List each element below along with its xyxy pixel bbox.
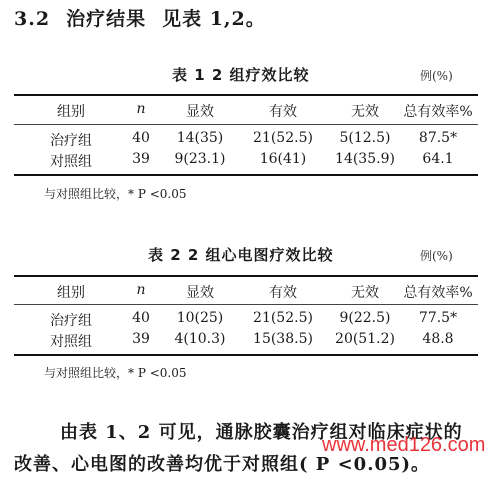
table-2-row-2-n: 39 xyxy=(126,331,156,347)
table-2-row-2-ineffective: 20(51.2) xyxy=(320,331,410,347)
table-2-row-1-effective: 21(52.5) xyxy=(238,310,328,326)
table-1-header-marked: 显效 xyxy=(160,101,240,121)
section-heading: 3.2治疗结果见表 1,2。 xyxy=(14,4,266,31)
table-1-row-1-effective: 21(52.5) xyxy=(238,130,328,146)
table-2-bottom-rule xyxy=(14,354,478,356)
table-1-header-effective: 有效 xyxy=(238,101,328,121)
table-1-bottom-rule xyxy=(14,174,478,176)
table-1-header-ineffective: 无效 xyxy=(320,101,410,121)
table-1-row-1-ineffective: 5(12.5) xyxy=(320,130,410,146)
table-2-row-1-total-rate: 77.5* xyxy=(398,310,478,326)
table-2-top-rule xyxy=(14,275,478,277)
table-1-row-2-total-rate: 64.1 xyxy=(398,151,478,167)
table-1-row-2-group: 对照组 xyxy=(36,151,106,171)
table-1-row-2-effective: 16(41) xyxy=(238,151,328,167)
table-2-row-1-group: 治疗组 xyxy=(36,310,106,330)
table-1-row-2-marked: 9(23.1) xyxy=(160,151,240,167)
table-1-row-1-n: 40 xyxy=(126,130,156,146)
conclusion-line-2: 改善、心电图的改善均优于对照组( P <0.05)。 xyxy=(14,450,430,476)
table-2-row-2-group: 对照组 xyxy=(36,331,106,351)
table-2-note: 与对照组比较，* P <0.05 xyxy=(44,364,186,381)
table-1-row-1-marked: 14(35) xyxy=(160,130,240,146)
table-2-header-effective: 有效 xyxy=(238,282,328,302)
table-2-unit: 例(%) xyxy=(420,247,453,264)
table-2-header-group: 组别 xyxy=(36,282,106,302)
table-2-row-2-marked: 4(10.3) xyxy=(160,331,240,347)
table-1-row-1-group: 治疗组 xyxy=(36,130,106,150)
table-2-row-1-marked: 10(25) xyxy=(160,310,240,326)
section-title: 治疗结果 xyxy=(66,8,146,30)
section-reference: 见表 1,2。 xyxy=(162,8,266,30)
table-2-row-1-ineffective: 9(22.5) xyxy=(320,310,410,326)
table-1-row-2-n: 39 xyxy=(126,151,156,167)
table-1-top-rule xyxy=(14,94,478,96)
table-1-unit: 例(%) xyxy=(420,67,453,84)
table-1-row-2-ineffective: 14(35.9) xyxy=(320,151,410,167)
section-number: 3.2 xyxy=(14,8,50,30)
table-1-note: 与对照组比较，* P <0.05 xyxy=(44,185,186,202)
table-1-title: 表 1 2 组疗效比较 xyxy=(172,64,310,85)
table-2-header-rule xyxy=(14,304,478,305)
table-2-row-2-effective: 15(38.5) xyxy=(238,331,328,347)
table-2-row-1-n: 40 xyxy=(126,310,156,326)
table-2-header-ineffective: 无效 xyxy=(320,282,410,302)
table-1-row-1-total-rate: 87.5* xyxy=(398,130,478,146)
table-2-header-total-rate: 总有效率% xyxy=(398,282,478,302)
table-2-title: 表 2 2 组心电图疗效比较 xyxy=(148,244,334,265)
table-1-header-rule xyxy=(14,124,478,125)
table-2-header-marked: 显效 xyxy=(160,282,240,302)
table-2-row-2-total-rate: 48.8 xyxy=(398,331,478,347)
table-1-header-n: n xyxy=(126,101,156,117)
table-2-header-n: n xyxy=(126,282,156,298)
table-1-header-group: 组别 xyxy=(36,101,106,121)
table-1-header-total-rate: 总有效率% xyxy=(398,101,478,121)
